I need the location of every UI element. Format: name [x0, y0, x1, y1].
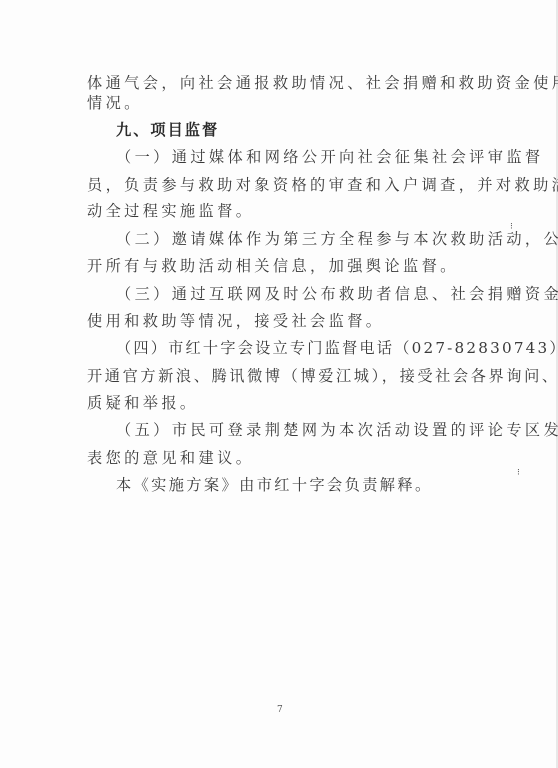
- paragraph-line: 本《实施方案》由市红十字会负责解释。: [116, 475, 501, 495]
- section-heading: 九、项目监督: [116, 120, 501, 140]
- binding-hole-mark: ⁝: [510, 222, 513, 232]
- paragraph-line: 动全过程实施监督。: [87, 201, 472, 221]
- page-number: 7: [277, 705, 283, 715]
- paragraph-line: （一）通过媒体和网络公开向社会征集社会评审监督: [116, 147, 501, 167]
- document-page: 体通气会，向社会通报救助情况、社会捐赠和救助资金使用 情况。 九、项目监督 （一…: [0, 0, 558, 768]
- paragraph-line: （五）市民可登录荆楚网为本次活动设置的评论专区发: [116, 420, 501, 440]
- paragraph-line: 质疑和举报。: [87, 393, 472, 413]
- paragraph-line: 体通气会，向社会通报救助情况、社会捐赠和救助资金使用: [87, 73, 472, 93]
- paragraph-line: （三）通过互联网及时公布救助者信息、社会捐赠资金: [116, 284, 501, 304]
- paragraph-line: 开通官方新浪、腾讯微博（博爱江城），接受社会各界询问、: [87, 366, 472, 386]
- paragraph-line: 情况。: [87, 93, 472, 113]
- paragraph-line: （四）市红十字会设立专门监督电话（027-82830743），: [116, 338, 501, 358]
- paragraph-line: 表您的意见和建议。: [87, 448, 472, 468]
- paragraph-line: 开所有与救助活动相关信息，加强舆论监督。: [87, 256, 472, 276]
- paragraph-line: 使用和救助等情况，接受社会监督。: [87, 311, 472, 331]
- paragraph-line: （二）邀请媒体作为第三方全程参与本次救助活动，公: [116, 229, 501, 249]
- binding-hole-mark: ⁝: [517, 468, 520, 478]
- paragraph-line: 员，负责参与救助对象资格的审查和入户调查，并对救助活: [87, 175, 472, 195]
